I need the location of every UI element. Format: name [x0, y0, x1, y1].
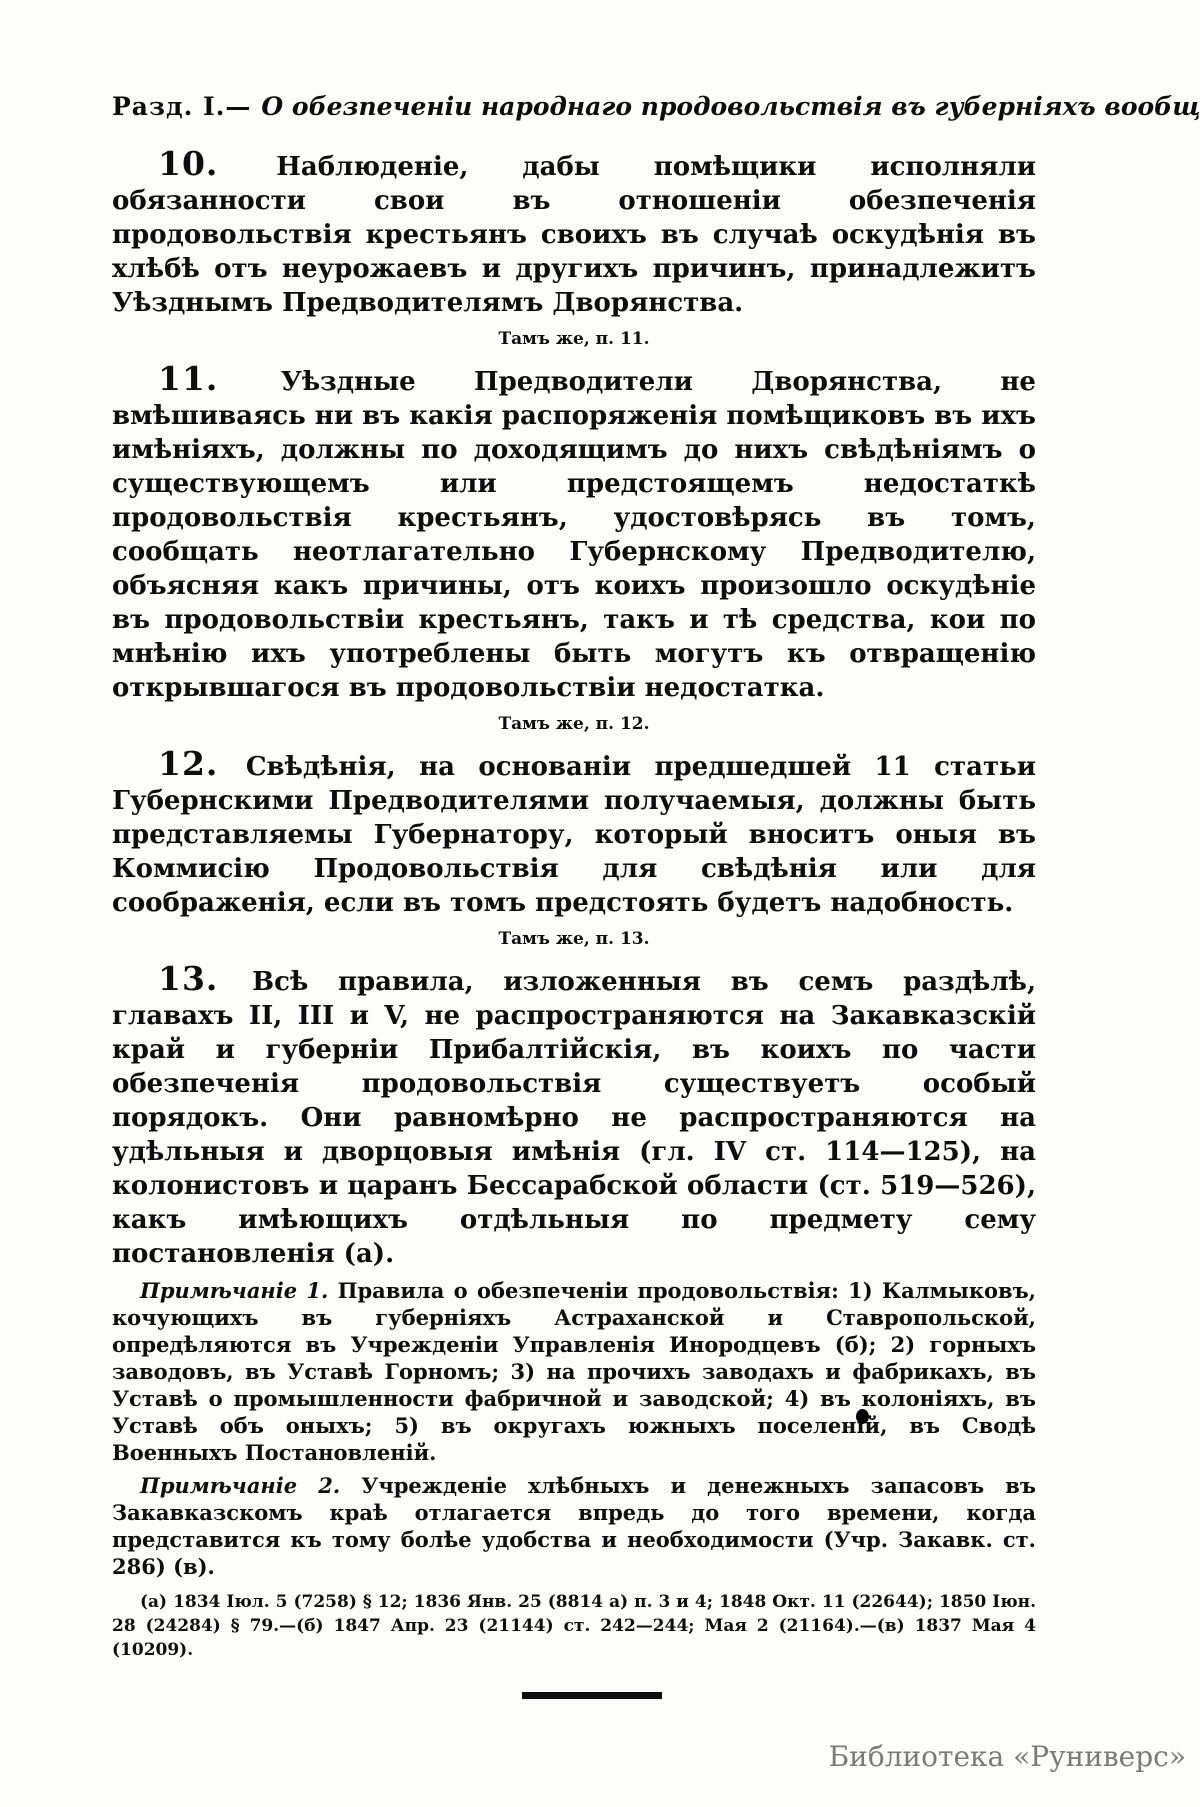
running-header: Разд. I.— О обезпеченіи народнаго продов… — [112, 92, 1036, 121]
note-2: Примѣчаніе 2. Учрежденіе хлѣбныхъ и дене… — [112, 1472, 1036, 1580]
header-section-label: Разд. I.— — [112, 92, 251, 121]
note-label: Примѣчаніе 1. — [140, 1278, 328, 1303]
article-13: 13. Всѣ правила, изложенныя въ семъ разд… — [112, 962, 1036, 1271]
article-citation: Тамъ же, п. 13. — [112, 929, 1036, 949]
ink-dot — [856, 1409, 869, 1424]
note-text: Правила о обезпеченіи продовольствія: 1)… — [112, 1278, 1036, 1465]
section-divider-rule — [522, 1692, 662, 1699]
article-text: Свѣдѣнія, на основаніи предшедшей 11 ста… — [112, 752, 1036, 918]
article-citation: Тамъ же, п. 11. — [112, 329, 1036, 349]
article-number: 11. — [158, 359, 222, 398]
article-text: Всѣ правила, изложенныя въ семъ раздѣлѣ,… — [112, 967, 1036, 1269]
article-11: 11. Уѣздные Предводители Дворянства, не … — [112, 362, 1036, 705]
article-text: Наблюденіе, дабы помѣщики исполняли обяз… — [112, 152, 1036, 318]
header-title: О обезпеченіи народнаго продовольствія в… — [261, 92, 1200, 121]
article-citation: Тамъ же, п. 12. — [112, 714, 1036, 734]
text-block: Разд. I.— О обезпеченіи народнаго продов… — [112, 92, 1036, 1699]
scanned-book-page: Разд. I.— О обезпеченіи народнаго продов… — [0, 0, 1200, 1807]
article-10: 10. Наблюденіе, дабы помѣщики исполняли … — [112, 147, 1036, 320]
watermark: Библиотека «Руниверс» — [829, 1740, 1186, 1773]
statute-footnote: (а) 1834 Іюл. 5 (7258) § 12; 1836 Янв. 2… — [112, 1590, 1036, 1662]
article-number: 12. — [158, 744, 222, 783]
note-label: Примѣчаніе 2. — [140, 1473, 340, 1498]
article-text: Уѣздные Предводители Дворянства, не вмѣш… — [112, 367, 1036, 703]
note-1: Примѣчаніе 1. Правила о обезпеченіи прод… — [112, 1277, 1036, 1466]
article-number: 13. — [158, 959, 222, 998]
article-number: 10. — [158, 144, 222, 183]
article-12: 12. Свѣдѣнія, на основаніи предшедшей 11… — [112, 747, 1036, 920]
